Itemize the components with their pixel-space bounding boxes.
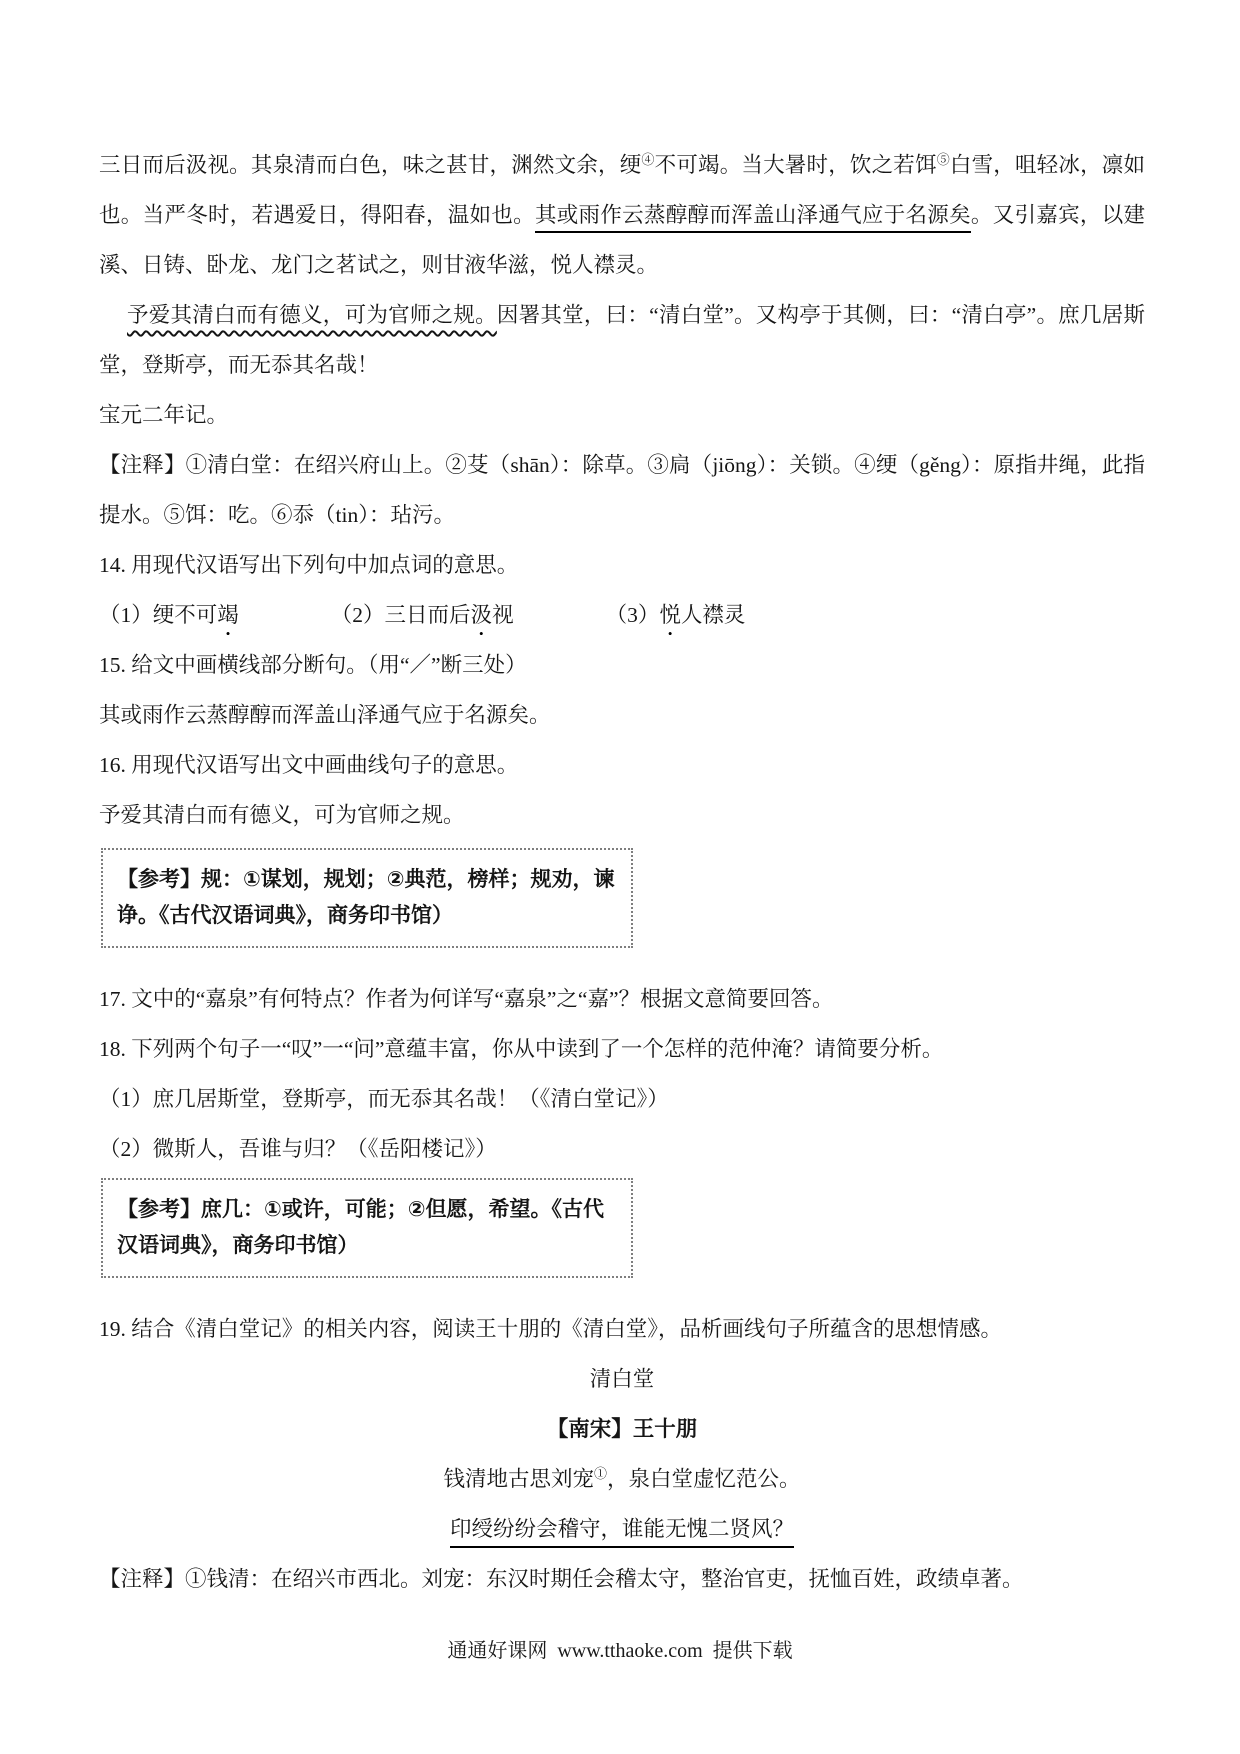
emphasis-dot-char: 汲	[471, 603, 493, 627]
passage-notes: 【注释】①清白堂：在绍兴府山上。②芟（shān）：除草。③扃（jiōng）：关锁…	[99, 440, 1145, 540]
poem-author: 【南宋】王十朋	[99, 1404, 1145, 1454]
question-14-item-3: （3）悦人襟灵	[606, 603, 746, 627]
note-ref-1: ①	[594, 1466, 607, 1481]
question-18-item-1: （1）庶几居斯堂，登斯亭，而无忝其名哉！（《清白堂记》）	[99, 1074, 1145, 1124]
wavy-underlined-clause: 予爱其清白而有德义，可为官师之规。	[127, 303, 497, 327]
passage-dateline: 宝元二年记。	[99, 390, 1145, 440]
poem-text: ，泉白堂虚忆范公。	[607, 1467, 801, 1491]
question-17-label: 17. 文中的“嘉泉”有何特点？作者为何详写“嘉泉”之“嘉”？根据文意简要回答。	[99, 974, 1145, 1024]
reference-box-1: 【参考】规：①谋划，规划；②典范，榜样；规劝，谏诤。《古代汉语词典》，商务印书馆…	[101, 848, 633, 948]
question-14-item-2: （2）三日而后汲视	[331, 603, 514, 627]
question-16-sentence: 予爱其清白而有德义，可为官师之规。	[99, 790, 1145, 840]
item-text: 视	[492, 603, 514, 627]
question-15-sentence: 其或雨作云蒸醇醇而浑盖山泽通气应于名源矣。	[99, 690, 1145, 740]
emphasis-dot-char: 悦	[659, 603, 681, 627]
passage-text: 不可竭。当大暑时，饮之若饵	[655, 153, 937, 177]
passage-paragraph-2: 予爱其清白而有德义，可为官师之规。因署其堂，曰：“清白堂”。又构亭于其侧，曰：“…	[99, 290, 1145, 390]
reference-box-2: 【参考】庶几：①或许，可能；②但愿，希望。《古代汉语词典》，商务印书馆）	[101, 1178, 633, 1278]
item-text: 人襟灵	[681, 603, 746, 627]
poem-line-1: 钱清地古思刘宠①，泉白堂虚忆范公。	[99, 1454, 1145, 1504]
reference-box-2-text: 【参考】庶几：①或许，可能；②但愿，希望。《古代汉语词典》，商务印书馆）	[117, 1192, 617, 1264]
question-14-item-1: （1）绠不可竭	[99, 603, 239, 627]
emphasis-dot-char: 竭	[217, 603, 239, 627]
question-19-label: 19. 结合《清白堂记》的相关内容，阅读王十朋的《清白堂》，品析画线句子所蕴含的…	[99, 1304, 1145, 1354]
question-14-items: （1）绠不可竭（2）三日而后汲视（3）悦人襟灵	[99, 590, 1145, 640]
poem-notes: 【注释】①钱清：在绍兴市西北。刘宠：东汉时期任会稽太守，整治官吏，抚恤百姓，政绩…	[99, 1554, 1145, 1604]
item-text: （2）三日而后	[331, 603, 471, 627]
reference-box-1-text: 【参考】规：①谋划，规划；②典范，榜样；规劝，谏诤。《古代汉语词典》，商务印书馆…	[117, 862, 617, 934]
underlined-clause: 其或雨作云蒸醇醇而浑盖山泽通气应于名源矣	[535, 203, 971, 233]
site-footer: 通通好课网 www.tthaoke.com 提供下载	[0, 1634, 1240, 1663]
note-ref-5: ⑤	[937, 152, 950, 167]
item-text: （3）	[606, 603, 660, 627]
note-ref-4: ④	[641, 152, 654, 167]
underlined-poem-clause: 印绶纷纷会稽守，谁能无愧二贤风？	[450, 1517, 794, 1548]
question-15-label: 15. 给文中画横线部分断句。（用“／”断三处）	[99, 640, 1145, 690]
poem-title: 清白堂	[99, 1354, 1145, 1404]
question-14-label: 14. 用现代汉语写出下列句中加点词的意思。	[99, 540, 1145, 590]
item-text: （1）绠不可	[99, 603, 217, 627]
poem-line-2: 印绶纷纷会稽守，谁能无愧二贤风？	[99, 1504, 1145, 1554]
passage-paragraph-1: 三日而后汲视。其泉清而白色，味之甚甘，渊然文余，绠④不可竭。当大暑时，饮之若饵⑤…	[99, 140, 1145, 290]
question-18-item-2: （2）微斯人，吾谁与归？（《岳阳楼记》）	[99, 1124, 1145, 1174]
poem-text: 钱清地古思刘宠	[443, 1467, 594, 1491]
page-content: 三日而后汲视。其泉清而白色，味之甚甘，渊然文余，绠④不可竭。当大暑时，饮之若饵⑤…	[99, 140, 1145, 1604]
passage-text: 三日而后汲视。其泉清而白色，味之甚甘，渊然文余，绠	[99, 153, 641, 177]
question-16-label: 16. 用现代汉语写出文中画曲线句子的意思。	[99, 740, 1145, 790]
exam-page: 三日而后汲视。其泉清而白色，味之甚甘，渊然文余，绠④不可竭。当大暑时，饮之若饵⑤…	[0, 0, 1240, 1754]
question-18-label: 18. 下列两个句子一“叹”一“问”意蕴丰富，你从中读到了一个怎样的范仲淹？请简…	[99, 1024, 1145, 1074]
